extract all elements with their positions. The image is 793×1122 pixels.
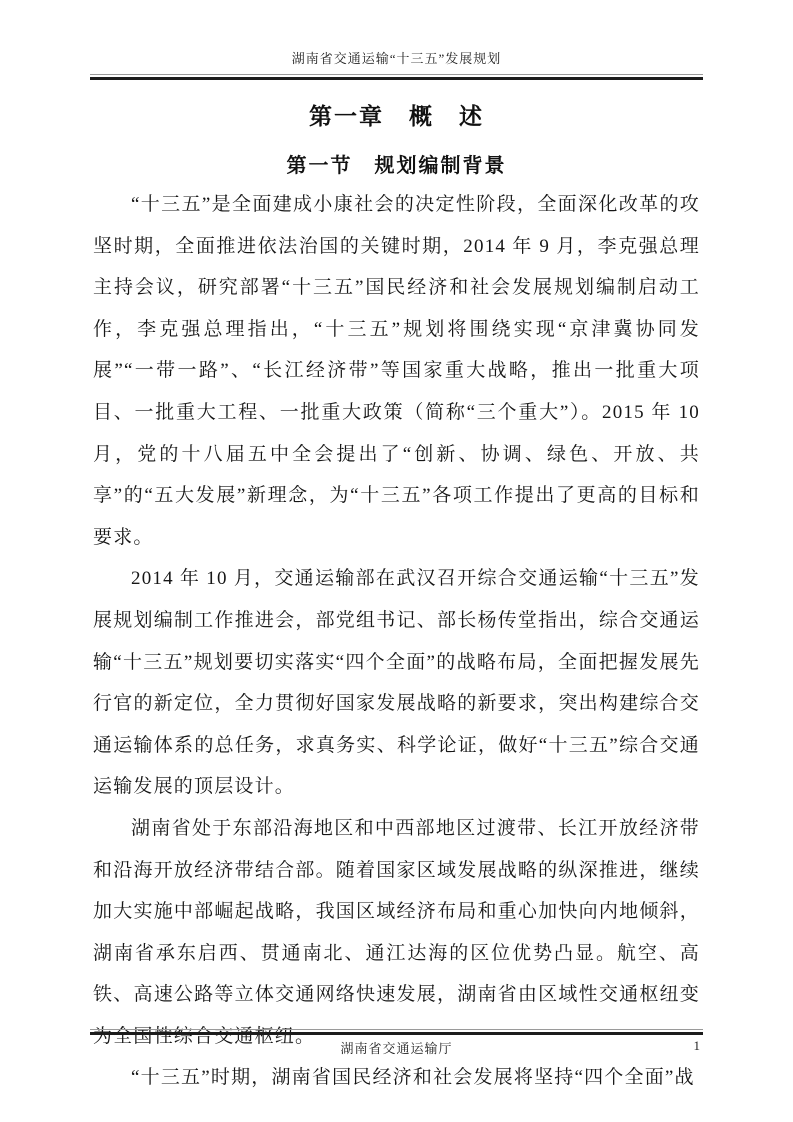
chapter-title: 第一章 概 述 xyxy=(0,98,793,131)
page-number: 1 xyxy=(694,1038,702,1054)
header-rule xyxy=(90,74,703,80)
header-title: 湖南省交通运输“十三五”发展规划 xyxy=(0,48,793,67)
footer-organization: 湖南省交通运输厅 xyxy=(90,1038,703,1057)
footer-rule xyxy=(90,1029,703,1035)
paragraph-2: 2014 年 10 月，交通运输部在武汉召开综合交通运输“十三五”发展规划编制工… xyxy=(93,558,700,808)
page-footer: 湖南省交通运输厅 1 xyxy=(90,1038,703,1057)
paragraph-3: 湖南省处于东部沿海地区和中西部地区过渡带、长江开放经济带和沿海开放经济带结合部。… xyxy=(93,808,700,1058)
header-rule-thick-line xyxy=(90,77,703,80)
header-rule-thin-line xyxy=(90,74,703,75)
document-body: “十三五”是全面建成小康社会的决定性阶段，全面深化改革的攻坚时期，全面推进依法治… xyxy=(93,184,700,1099)
paragraph-1: “十三五”是全面建成小康社会的决定性阶段，全面深化改革的攻坚时期，全面推进依法治… xyxy=(93,184,700,558)
paragraph-4: “十三五”时期，湖南省国民经济和社会发展将坚持“四个全面”战 xyxy=(93,1057,700,1099)
footer-rule-thin-line xyxy=(90,1029,703,1030)
footer-rule-thick-line xyxy=(90,1032,703,1035)
document-page: 湖南省交通运输“十三五”发展规划 第一章 概 述 第一节 规划编制背景 “十三五… xyxy=(0,0,793,1122)
section-title: 第一节 规划编制背景 xyxy=(0,149,793,178)
